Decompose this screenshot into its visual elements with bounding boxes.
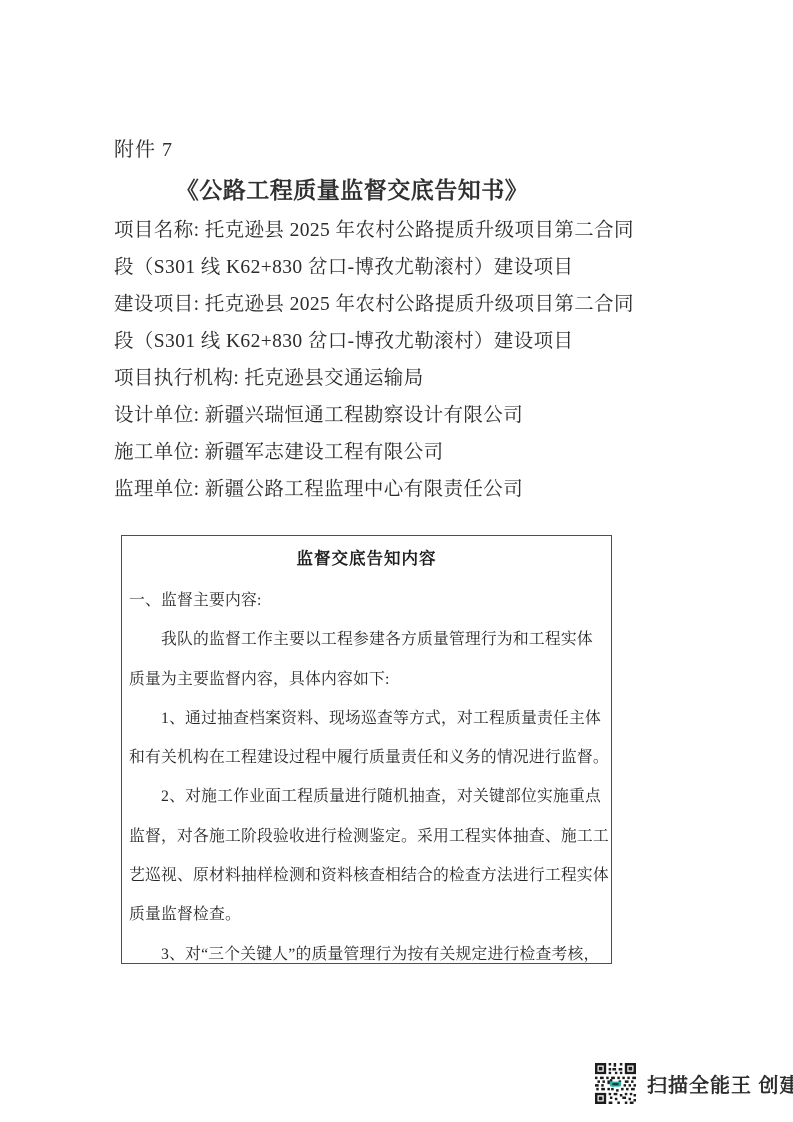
text-line: 监督，对各施工阶段验收进行检测鉴定。采用工程实体抽查、施工工 (129, 817, 607, 856)
notice-box-body: 一、监督主要内容: 我队的监督工作主要以工程参建各方质量管理行为和工程实体质量为… (129, 581, 607, 974)
text-line: 1、通过抽查档案资料、现场巡查等方式，对工程质量责任主体 (129, 699, 607, 738)
qr-code-icon (595, 1063, 636, 1104)
text-line: 设计单位: 新疆兴瑞恒通工程勘察设计有限公司 (114, 397, 624, 434)
text-line: 和有关机构在工程建设过程中履行质量责任和义务的情况进行监督。 (129, 738, 607, 777)
text-line: 段（S301 线 K62+830 岔口-博孜尤勒滚村）建设项目 (114, 323, 624, 360)
text-line: 一、监督主要内容: (129, 581, 607, 620)
text-line: 建设项目: 托克逊县 2025 年农村公路提质升级项目第二合同 (114, 286, 624, 323)
attachment-label: 附件 7 (114, 133, 173, 162)
text-line: 质量为主要监督内容，具体内容如下: (129, 660, 607, 699)
text-line: 2、对施工作业面工程质量进行随机抽查，对关键部位实施重点 (129, 777, 607, 816)
document-title: 《公路工程质量监督交底告知书》 (110, 172, 594, 205)
text-line: 艺巡视、原材料抽样检测和资料核查相结合的检查方法进行工程实体 (129, 856, 607, 895)
text-line: 我队的监督工作主要以工程参建各方质量管理行为和工程实体 (129, 620, 607, 659)
text-line: 项目执行机构: 托克逊县交通运输局 (114, 360, 624, 397)
text-line: 监理单位: 新疆公路工程监理中心有限责任公司 (114, 471, 624, 508)
text-line: 项目名称: 托克逊县 2025 年农村公路提质升级项目第二合同 (114, 212, 624, 249)
text-line: 施工单位: 新疆军志建设工程有限公司 (114, 434, 624, 471)
text-line: 段（S301 线 K62+830 岔口-博孜尤勒滚村）建设项目 (114, 249, 624, 286)
scanner-watermark: 扫描全能王 创建 (595, 1063, 793, 1104)
notice-box-heading: 监督交底告知内容 (122, 545, 611, 569)
text-line: 3、对“三个关键人”的质量管理行为按有关规定进行检查考核， (129, 935, 607, 974)
notice-box: 监督交底告知内容 一、监督主要内容: 我队的监督工作主要以工程参建各方质量管理行… (121, 535, 612, 964)
project-info-block: 项目名称: 托克逊县 2025 年农村公路提质升级项目第二合同段（S301 线 … (114, 212, 624, 508)
scanned-document-page: 附件 7 《公路工程质量监督交底告知书》 项目名称: 托克逊县 2025 年农村… (0, 0, 793, 1122)
text-line: 质量监督检查。 (129, 895, 607, 934)
watermark-text: 扫描全能王 创建 (647, 1069, 793, 1098)
